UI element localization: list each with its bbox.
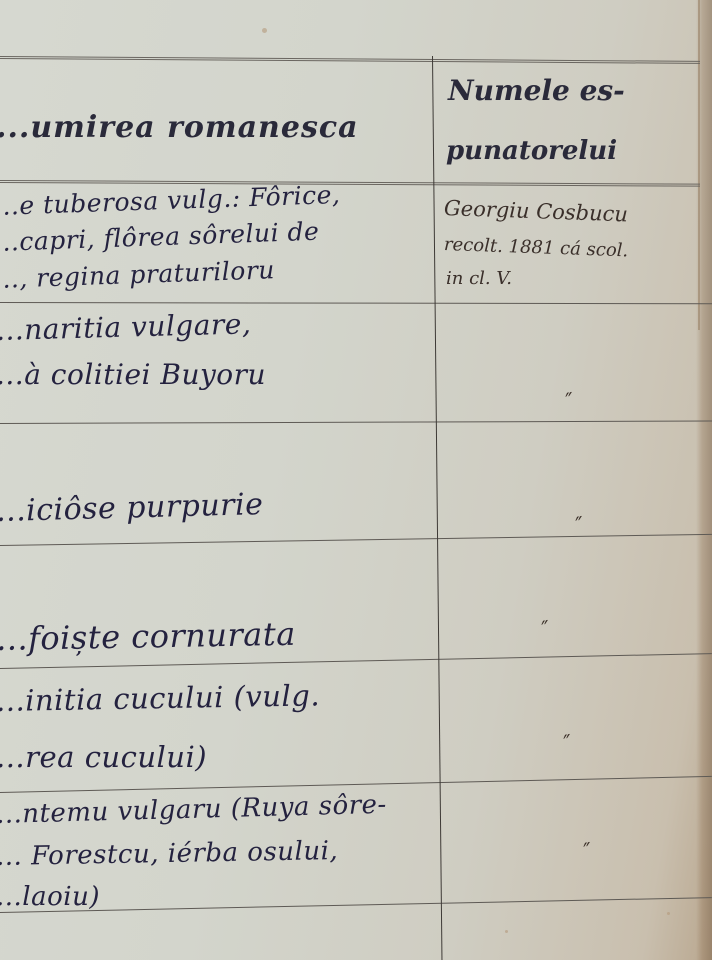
row-5-plant-line-1: ...initia cucului (vulg. (0, 678, 320, 718)
row-1-collector-line-3: in cl. V. (446, 268, 512, 289)
paper-spot (505, 930, 508, 933)
column-divider (432, 56, 442, 960)
row-5-collector-ditto: ″ (562, 730, 574, 755)
header-bottom-rule (0, 180, 700, 187)
row-rule-6 (0, 897, 712, 913)
row-6-plant-line-1: ...ntemu vulgaru (Ruya sôre- (0, 790, 387, 830)
row-6-collector-ditto: ″ (582, 838, 594, 863)
column-header-romanian-name: ...umirea romanesca (0, 110, 359, 145)
ledger-page: ...umirea romanesca Numele es- punatorel… (0, 0, 712, 960)
row-1-collector-line-2: recolt. 1881 cá scol. (444, 234, 629, 261)
column-header-collector-line1: Numele es- (448, 74, 625, 107)
row-3-plant-line-1: ...iciôse purpurie (0, 487, 264, 529)
row-1-plant-line-1: ...e tuberosa vulg.: Fôrice, (0, 180, 341, 221)
row-rule-3 (0, 534, 712, 546)
paper-spot (262, 28, 267, 33)
table-top-rule (0, 56, 700, 64)
row-2-plant-line-1: ...naritia vulgare, (0, 307, 252, 347)
row-2-plant-line-2: ...à colitiei Buyoru (0, 358, 266, 391)
page-edge-rule (698, 0, 700, 330)
column-header-collector-line2: punatorelui (446, 136, 617, 166)
row-6-plant-line-2: ... Forestcu, iérba osului, (0, 836, 338, 872)
row-6-plant-line-3: ...laoiu) (0, 882, 100, 912)
row-1-collector-line-1: Georgiu Cosbucu (444, 196, 629, 226)
paper-spot (667, 912, 670, 915)
row-rule-2 (0, 421, 712, 424)
row-4-collector-ditto: ″ (540, 616, 552, 641)
row-rule-1 (0, 302, 712, 304)
row-2-collector-ditto: ″ (564, 388, 576, 413)
row-5-plant-line-2: ...rea cucului) (0, 740, 207, 774)
row-4-plant-line-1: ...foiște cornurata (0, 615, 296, 658)
row-1-plant-line-2: ...capri, flôrea sôrelui de (0, 217, 320, 257)
row-1-plant-line-3: ..., regina praturiloru (0, 255, 275, 294)
row-3-collector-ditto: ″ (574, 512, 586, 537)
